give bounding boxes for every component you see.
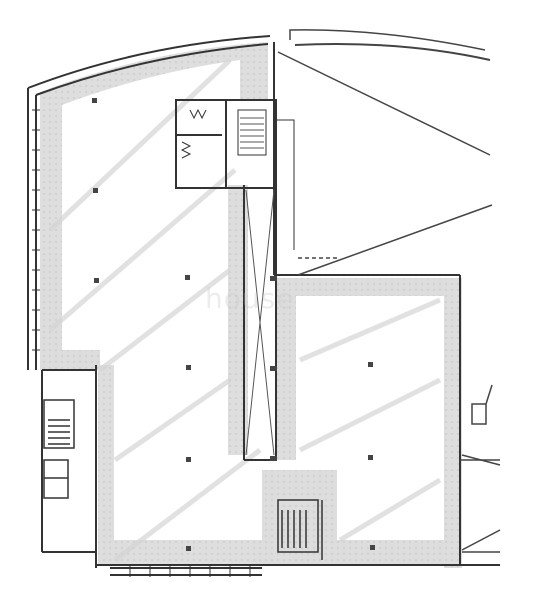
facade-mullions xyxy=(32,110,250,577)
watermark: house xyxy=(205,282,294,315)
shaft-icon xyxy=(246,190,274,455)
stair-icon xyxy=(240,118,264,148)
core-west xyxy=(44,400,74,498)
